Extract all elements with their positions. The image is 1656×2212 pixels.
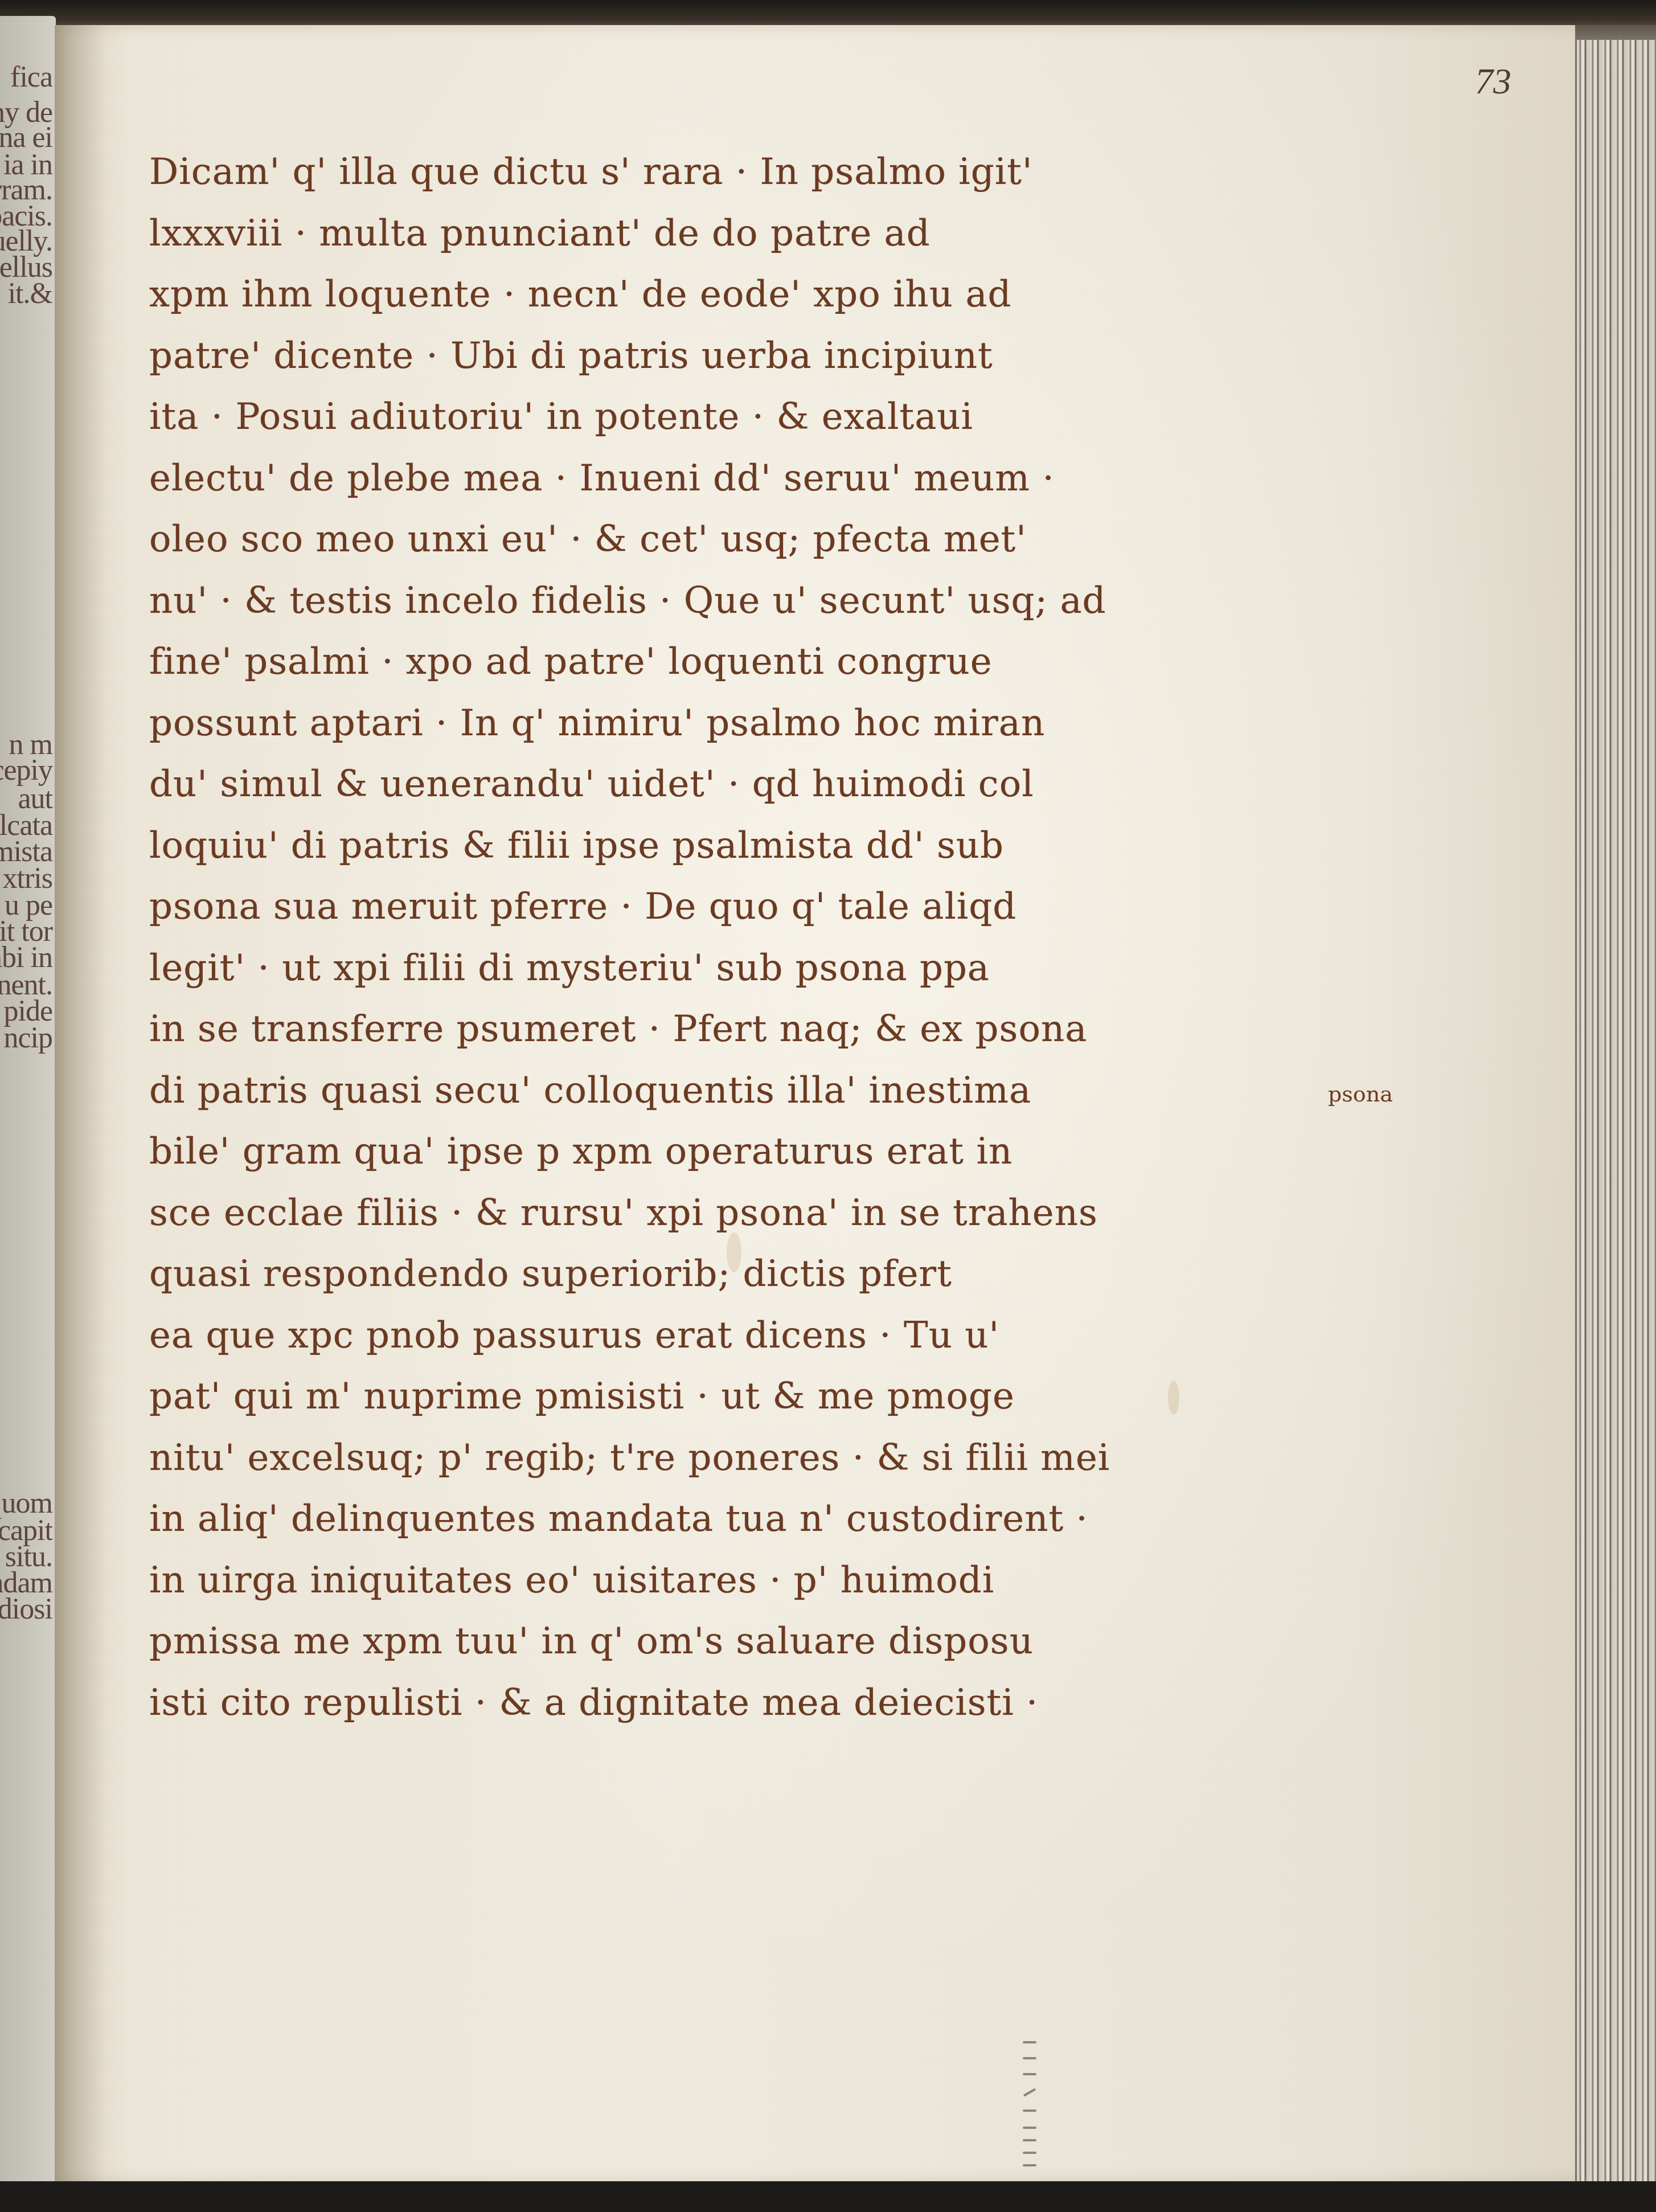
text-line: lxxxviii · multa pnunciant' de do patre … [149, 203, 1374, 265]
text-line: psona sua meruit pferre · De quo q' tale… [149, 876, 1374, 938]
facing-text-fragment: ncip [3, 1021, 52, 1055]
page-stack-edges [1575, 40, 1656, 2181]
text-line: ea que xpc pnob passurus erat dicens · T… [149, 1305, 1374, 1367]
sewing-stitches [1023, 2041, 1036, 2172]
text-line: fine' psalmi · xpo ad patre' loquenti co… [149, 632, 1374, 693]
background-bottom [0, 2181, 1656, 2212]
text-line: nitu' excelsuq; p' regib; t're poneres ·… [149, 1428, 1374, 1489]
text-line: Dicam' q' illa que dictu s' rara · In ps… [149, 142, 1374, 203]
text-line: xpm ihm loquente · necn' de eode' xpo ih… [149, 264, 1374, 326]
text-line: nu' · & testis incelo fidelis · Que u' s… [149, 571, 1374, 632]
manuscript-text-block: Dicam' q' illa que dictu s' rara · In ps… [149, 142, 1374, 1734]
text-line: oleo sco meo unxi eu' · & cet' usq; pfec… [149, 509, 1374, 571]
folio-number: 73 [1475, 60, 1511, 103]
text-line: loquiu' di patris & filii ipse psalmista… [149, 816, 1374, 877]
manuscript-page: 73 Dicam' q' illa que dictu s' rara · In… [55, 25, 1583, 2182]
text-line: patre' dicente · Ubi di patris uerba inc… [149, 326, 1374, 387]
parchment-stain [727, 1232, 741, 1272]
text-line: pat' qui m' nuprime pmisisti · ut & me p… [149, 1366, 1374, 1428]
text-line: ita · Posui adiutoriu' in potente · & ex… [149, 387, 1374, 448]
text-line: bile' gram qua' ipse p xpm operaturus er… [149, 1121, 1374, 1183]
facing-text-fragment: fica [10, 60, 52, 94]
gutter-shadow [55, 25, 106, 2182]
text-line: possunt aptari · In q' nimiru' psalmo ho… [149, 693, 1374, 755]
text-line: pmissa me xpm tuu' in q' om's saluare di… [149, 1611, 1374, 1673]
text-line: in uirga iniquitates eo' uisitares · p' … [149, 1550, 1374, 1612]
text-line: isti cito repulisti · & a dignitate mea … [149, 1673, 1374, 1734]
text-line: di patris quasi secu' colloquentis illa'… [149, 1060, 1374, 1122]
text-line: quasi respondendo superiorib; dictis pfe… [149, 1244, 1374, 1305]
text-line: du' simul & uenerandu' uidet' · qd huimo… [149, 754, 1374, 816]
text-line: legit' · ut xpi filii di mysteriu' sub p… [149, 938, 1374, 1000]
text-line: in aliq' delinquentes mandata tua n' cus… [149, 1489, 1374, 1550]
parchment-stain [1168, 1381, 1179, 1415]
facing-text-fragment: it.& [8, 277, 52, 310]
facing-page-edge: fica ny de na ei ia in rram. pacis. uell… [0, 16, 56, 2184]
text-line: sce ecclae filiis · & rursu' xpi psona' … [149, 1183, 1374, 1244]
text-line: in se transferre psumeret · Pfert naq; &… [149, 999, 1374, 1060]
marginal-insertion: psona [1328, 1082, 1393, 1107]
text-line: electu' de plebe mea · Inueni dd' seruu'… [149, 448, 1374, 510]
facing-text-fragment: ediosi [0, 1592, 52, 1626]
